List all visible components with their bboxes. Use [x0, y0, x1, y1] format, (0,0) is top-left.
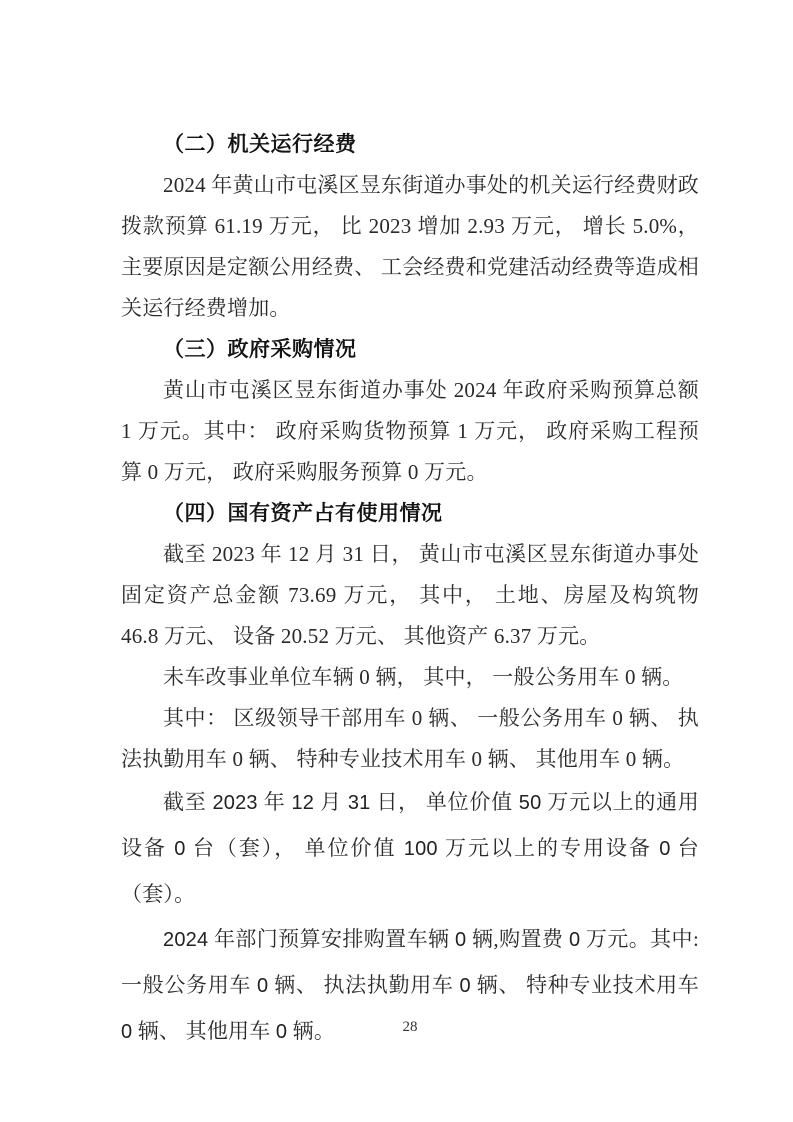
document-page: （二）机关运行经费2024 年黄山市屯溪区昱东街道办事处的机关运行经费财政拨款预…	[0, 0, 793, 1122]
body-paragraph: 截至 2023 年 12 月 31 日， 单位价值 50 万元以上的通用设备 0…	[121, 780, 699, 917]
body-paragraph: 截至 2023 年 12 月 31 日， 黄山市屯溪区昱东街道办事处固定资产总金…	[121, 534, 699, 657]
numeric-run: 2024	[163, 929, 208, 951]
numeric-run: 12	[291, 792, 314, 814]
section-heading: （三）政府采购情况	[121, 329, 699, 370]
page-footer: 28	[121, 1019, 699, 1036]
numeric-run: 31	[348, 792, 371, 814]
page-number: 28	[403, 1019, 418, 1035]
numeric-run: 0	[659, 838, 670, 860]
numeric-run: 0	[460, 975, 471, 997]
section-heading: （四）国有资产占有使用情况	[121, 493, 699, 534]
section-heading: （二）机关运行经费	[121, 124, 699, 165]
numeric-run: 50	[519, 792, 542, 814]
document-content: （二）机关运行经费2024 年黄山市屯溪区昱东街道办事处的机关运行经费财政拨款预…	[121, 124, 699, 1055]
numeric-run: 0	[257, 975, 268, 997]
numeric-run: 0	[174, 838, 185, 860]
body-paragraph: 其中： 区级领导干部用车 0 辆、 一般公务用车 0 辆、 执法执勤用车 0 辆…	[121, 698, 699, 780]
body-paragraph: 2024 年黄山市屯溪区昱东街道办事处的机关运行经费财政拨款预算 61.19 万…	[121, 165, 699, 329]
numeric-run: 2023	[212, 792, 257, 814]
numeric-run: 0	[569, 929, 580, 951]
body-paragraph: 黄山市屯溪区昱东街道办事处 2024 年政府采购预算总额 1 万元。其中： 政府…	[121, 370, 699, 493]
numeric-run: 100	[404, 838, 438, 860]
numeric-run: 0	[455, 929, 466, 951]
body-paragraph: 未车改事业单位车辆 0 辆， 其中， 一般公务用车 0 辆。	[121, 657, 699, 698]
